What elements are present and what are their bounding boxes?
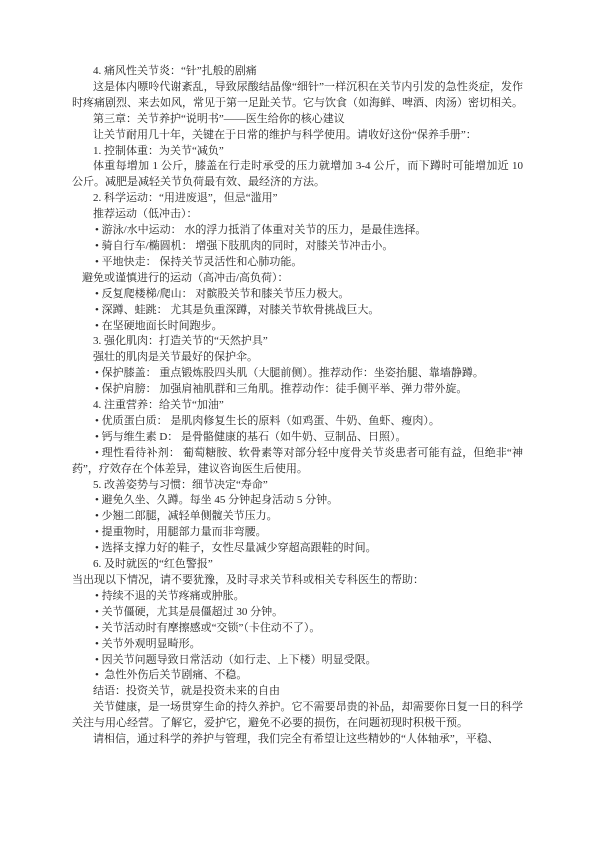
- paragraph: 让关节耐用几十年，关键在于日常的维护与科学使用。请收好这份“保养手册”：: [72, 128, 523, 144]
- bullet-paragraph: • 理性看待补剂： 葡萄糖胺、软骨素等对部分轻中度骨关节炎患者可能有益，但绝非“…: [72, 446, 523, 478]
- bullet-icon: •: [95, 224, 102, 236]
- bullet-paragraph: • 选择支撑力好的鞋子，女性尽量减少穿超高跟鞋的时间。: [72, 541, 523, 557]
- paragraph: 结语：投资关节，就是投资未来的自由: [72, 684, 523, 700]
- paragraph: 当出现以下情况，请不要犹豫，及时寻求关节科或相关专科医生的帮助：: [72, 573, 523, 589]
- paragraph-text: 平地快走： 保持关节灵活性和心肺功能。: [102, 256, 303, 268]
- document-page: 4. 痛风性关节炎：“针”扎般的剧痛这是体内嘌呤代谢紊乱，导致尿酸结晶像“细针”…: [0, 0, 595, 841]
- bullet-icon: •: [95, 304, 102, 316]
- paragraph-text: 少翘二郎腿，减轻单侧髋关节压力。: [102, 510, 278, 522]
- bullet-paragraph: • 在坚硬地面长时间跑步。: [72, 319, 523, 335]
- paragraph-text: 钙与维生素 D： 是骨骼健康的基石（如牛奶、豆制品、日照）。: [102, 431, 407, 443]
- paragraph: 这是体内嘌呤代谢紊乱，导致尿酸结晶像“细针”一样沉积在关节内引发的急性炎症，发作…: [72, 80, 523, 112]
- paragraph: 体重每增加 1 公斤，膝盖在行走时承受的压力就增加 3-4 公斤，而下蹲时可能增…: [72, 159, 523, 191]
- bullet-paragraph: • 急性外伤后关节剧痛、不稳。: [72, 668, 523, 684]
- bullet-paragraph: • 游泳/水中运动： 水的浮力抵消了体重对关节的压力，是最佳选择。: [72, 223, 523, 239]
- bullet-icon: •: [95, 510, 102, 522]
- bullet-paragraph: • 钙与维生素 D： 是骨骼健康的基石（如牛奶、豆制品、日照）。: [72, 430, 523, 446]
- bullet-paragraph: • 少翘二郎腿，减轻单侧髋关节压力。: [72, 509, 523, 525]
- paragraph-text: 选择支撑力好的鞋子，女性尽量减少穿超高跟鞋的时间。: [102, 542, 377, 554]
- paragraph-text: 关节外观明显畸形。: [102, 638, 201, 650]
- paragraph-text: 关节活动时有摩擦感或“交锁”（卡住动不了）。: [102, 622, 321, 634]
- bullet-icon: •: [95, 606, 102, 618]
- bullet-icon: •: [95, 415, 102, 427]
- bullet-icon: •: [95, 590, 102, 602]
- paragraph-text: 理性看待补剂： 葡萄糖胺、软骨素等对部分轻中度骨关节炎患者可能有益，但绝非“神药…: [72, 447, 523, 475]
- paragraph: 1. 控制体重：为关节“减负”: [72, 144, 523, 160]
- document-text-block: 4. 痛风性关节炎：“针”扎般的剧痛这是体内嘌呤代谢紊乱，导致尿酸结晶像“细针”…: [72, 64, 523, 748]
- paragraph: 避免或谨慎进行的运动（高冲击/高负荷）：: [72, 271, 523, 287]
- paragraph-text: 提重物时，用腿部力量而非弯腰。: [102, 526, 267, 538]
- paragraph: 3. 强化肌肉：打造关节的“天然护具”: [72, 334, 523, 350]
- paragraph: 推荐运动（低冲击）：: [72, 207, 523, 223]
- bullet-paragraph: • 关节活动时有摩擦感或“交锁”（卡住动不了）。: [72, 621, 523, 637]
- paragraph-text: 游泳/水中运动： 水的浮力抵消了体重对关节的压力，是最佳选择。: [102, 224, 427, 236]
- paragraph-text: 急性外伤后关节剧痛、不稳。: [104, 669, 247, 681]
- paragraph: 4. 注重营养：给关节“加油”: [72, 398, 523, 414]
- bullet-paragraph: • 骑自行车/椭圆机： 增强下肢肌肉的同时，对膝关节冲击小。: [72, 239, 523, 255]
- bullet-icon: •: [95, 367, 102, 379]
- paragraph: 第三章：关节养护“说明书”——医生给你的核心建议: [72, 112, 523, 128]
- bullet-paragraph: • 优质蛋白质： 是肌肉修复生长的原料（如鸡蛋、牛奶、鱼虾、瘦肉）。: [72, 414, 523, 430]
- bullet-icon: •: [95, 638, 102, 650]
- paragraph-text: 深蹲、蛙跳： 尤其是负重深蹲，对膝关节软骨挑战巨大。: [102, 304, 380, 316]
- bullet-paragraph: • 反复爬楼梯/爬山： 对髌股关节和膝关节压力极大。: [72, 287, 523, 303]
- paragraph-text: 关节僵硬，尤其是晨僵超过 30 分钟。: [102, 606, 284, 618]
- paragraph: 2. 科学运动：“用进废退”，但忌“滥用”: [72, 191, 523, 207]
- bullet-icon: •: [95, 383, 102, 395]
- bullet-paragraph: • 平地快走： 保持关节灵活性和心肺功能。: [72, 255, 523, 271]
- bullet-icon: •: [95, 320, 102, 332]
- bullet-paragraph: • 保护肩膀： 加强肩袖肌群和三角肌。推荐动作：徒手侧平举、弹力带外旋。: [72, 382, 523, 398]
- paragraph-text: 保护膝盖： 重点锻炼股四头肌（大腿前侧）。推荐动作：坐姿抬腿、靠墙静蹲。: [102, 367, 484, 379]
- bullet-icon: •: [95, 669, 104, 681]
- bullet-paragraph: • 避免久坐、久蹲。每坐 45 分钟起身活动 5 分钟。: [72, 493, 523, 509]
- paragraph-text: 反复爬楼梯/爬山： 对髌股关节和膝关节压力极大。: [102, 288, 350, 300]
- paragraph: 请相信，通过科学的养护与管理，我们完全有希望让这些精妙的“人体轴承”，平稳、: [72, 732, 523, 748]
- bullet-icon: •: [95, 622, 102, 634]
- bullet-paragraph: • 因关节问题导致日常活动（如行走、上下楼）明显受限。: [72, 653, 523, 669]
- bullet-icon: •: [95, 447, 102, 459]
- bullet-paragraph: • 持续不退的关节疼痛或肿胀。: [72, 589, 523, 605]
- paragraph: 6. 及时就医的“红色警报”: [72, 557, 523, 573]
- bullet-paragraph: • 保护膝盖： 重点锻炼股四头肌（大腿前侧）。推荐动作：坐姿抬腿、靠墙静蹲。: [72, 366, 523, 382]
- paragraph: 4. 痛风性关节炎：“针”扎般的剧痛: [72, 64, 523, 80]
- bullet-paragraph: • 关节外观明显畸形。: [72, 637, 523, 653]
- bullet-icon: •: [95, 654, 102, 666]
- paragraph: 5. 改善姿势与习惯：细节决定“寿命”: [72, 478, 523, 494]
- bullet-paragraph: • 关节僵硬，尤其是晨僵超过 30 分钟。: [72, 605, 523, 621]
- paragraph-text: 优质蛋白质： 是肌肉修复生长的原料（如鸡蛋、牛奶、鱼虾、瘦肉）。: [102, 415, 440, 427]
- bullet-paragraph: • 提重物时，用腿部力量而非弯腰。: [72, 525, 523, 541]
- bullet-icon: •: [95, 494, 102, 506]
- paragraph: 强壮的肌肉是关节最好的保护伞。: [72, 350, 523, 366]
- paragraph: 关节健康，是一场贯穿生命的持久养护。它不需要昂贵的补品，却需要你日复一日的科学关…: [72, 700, 523, 732]
- bullet-icon: •: [95, 542, 102, 554]
- bullet-icon: •: [95, 431, 102, 443]
- paragraph-text: 持续不退的关节疼痛或肿胀。: [102, 590, 245, 602]
- paragraph-text: 因关节问题导致日常活动（如行走、上下楼）明显受限。: [102, 654, 377, 666]
- paragraph-text: 在坚硬地面长时间跑步。: [102, 320, 223, 332]
- paragraph-text: 保护肩膀： 加强肩袖肌群和三角肌。推荐动作：徒手侧平举、弹力带外旋。: [102, 383, 468, 395]
- bullet-icon: •: [95, 288, 102, 300]
- bullet-paragraph: • 深蹲、蛙跳： 尤其是负重深蹲，对膝关节软骨挑战巨大。: [72, 303, 523, 319]
- bullet-icon: •: [95, 256, 102, 268]
- bullet-icon: •: [95, 526, 102, 538]
- bullet-icon: •: [95, 240, 102, 252]
- paragraph-text: 骑自行车/椭圆机： 增强下肢肌肉的同时，对膝关节冲击小。: [102, 240, 394, 252]
- paragraph-text: 避免久坐、久蹲。每坐 45 分钟起身活动 5 分钟。: [102, 494, 339, 506]
